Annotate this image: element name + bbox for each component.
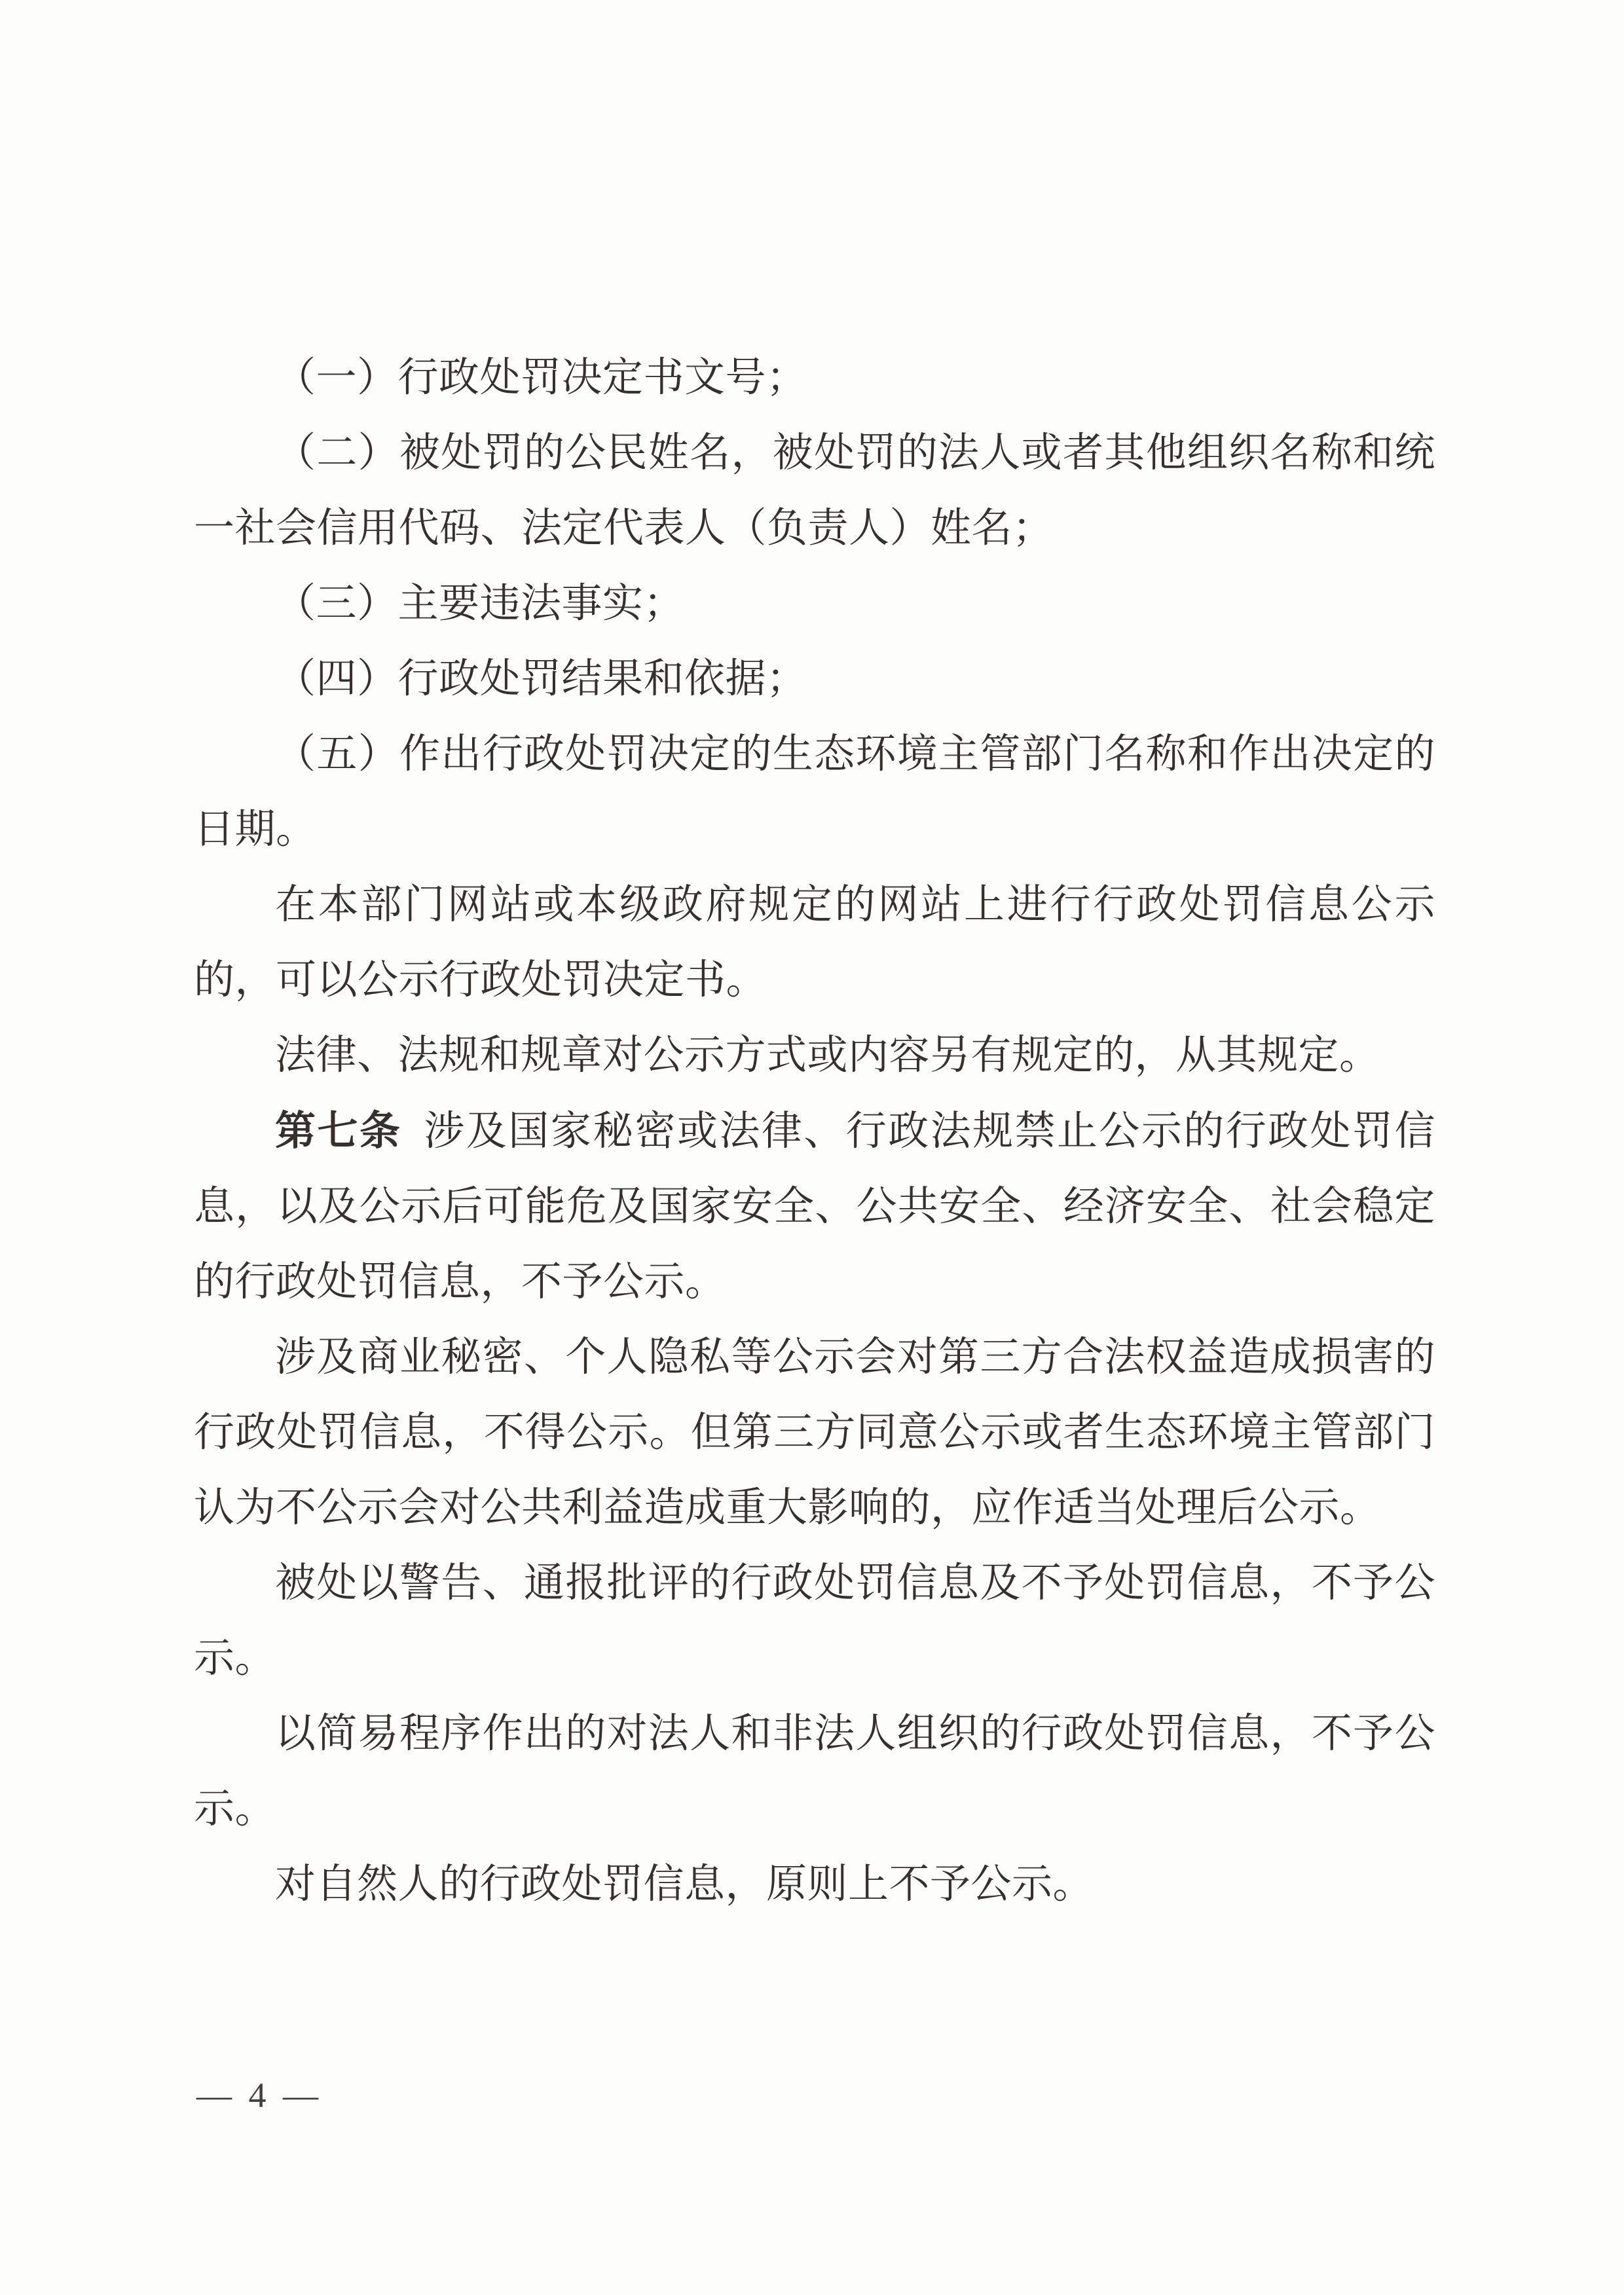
paragraph: （二）被处罚的公民姓名，被处罚的法人或者其他组织名称和统一社会信用代码、法定代表… xyxy=(194,416,1435,566)
paragraph: （三）主要违法事实； xyxy=(194,566,1435,642)
paragraph: 以简易程序作出的对法人和非法人组织的行政处罚信息，不予公示。 xyxy=(194,1697,1435,1847)
paragraph: 法律、法规和规章对公示方式或内容另有规定的，从其规定。 xyxy=(194,1018,1435,1093)
paragraph: （四）行政处罚结果和依据； xyxy=(194,642,1435,717)
paragraph: 对自然人的行政处罚信息，原则上不予公示。 xyxy=(194,1847,1435,1922)
paragraph: 在本部门网站或本级政府规定的网站上进行行政处罚信息公示的，可以公示行政处罚决定书… xyxy=(194,868,1435,1018)
article-number: 第七条 xyxy=(275,1109,401,1154)
document-body: （一）行政处罚决定书文号；（二）被处罚的公民姓名，被处罚的法人或者其他组织名称和… xyxy=(194,340,1435,1922)
paragraph: （五）作出行政处罚决定的生态环境主管部门名称和作出决定的日期。 xyxy=(194,717,1435,868)
page-number: — 4 — xyxy=(196,2069,322,2121)
paragraph: 涉及商业秘密、个人隐私等公示会对第三方合法权益造成损害的行政处罚信息，不得公示。… xyxy=(194,1320,1435,1546)
paragraph: （一）行政处罚决定书文号； xyxy=(194,340,1435,416)
paragraph: 被处以警告、通报批评的行政处罚信息及不予处罚信息，不予公示。 xyxy=(194,1546,1435,1697)
document-page: （一）行政处罚决定书文号；（二）被处罚的公民姓名，被处罚的法人或者其他组织名称和… xyxy=(0,0,1624,2295)
article-paragraph: 第七条涉及国家秘密或法律、行政法规禁止公示的行政处罚信息，以及公示后可能危及国家… xyxy=(194,1093,1435,1320)
